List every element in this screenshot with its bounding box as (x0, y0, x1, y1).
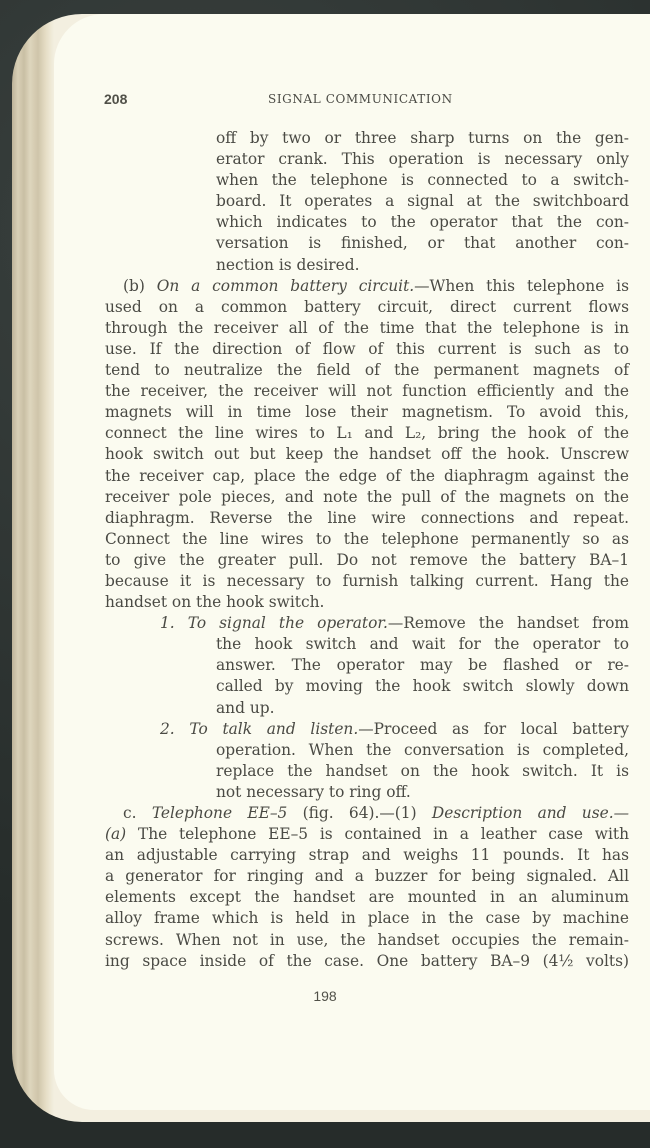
text-line: the receiver, the receiver will not func… (105, 381, 629, 402)
text-line: used on a common battery circuit, direct… (105, 297, 629, 318)
text-line: replace the handset on the hook switch. … (105, 761, 629, 782)
text-line: magnets will in time lose their magnetis… (105, 402, 629, 423)
paragraph-b-heading-line: (b) On a common battery circuit.—When th… (105, 276, 629, 297)
text-line: ing space inside of the case. One batter… (105, 951, 629, 972)
item-heading: talk and listen. (222, 720, 358, 738)
item-heading: signal the operator. (219, 614, 388, 632)
text-line: diaphragm. Reverse the line wire connect… (105, 508, 629, 529)
para-label: (b) (123, 277, 145, 295)
text-line: the hook switch and wait for the operato… (105, 634, 629, 655)
text-line: elements except the handset are mounted … (105, 887, 629, 908)
running-title: SIGNAL COMMUNICATION (268, 92, 453, 106)
text-line: an adjustable carrying strap and weighs … (105, 845, 629, 866)
text-line: when the telephone is connected to a swi… (105, 170, 629, 191)
text-line: Connect the line wires to the telephone … (105, 529, 629, 550)
text-line: use. If the direction of flow of this cu… (105, 339, 629, 360)
text-line: nection is desired. (105, 255, 629, 276)
text-line: tend to neutralize the field of the perm… (105, 360, 629, 381)
text-line: connect the line wires to L₁ and L₂, bri… (105, 423, 629, 444)
text-line: versation is finished, or that another c… (105, 233, 629, 254)
item-2-heading-line: 2. To talk and listen.—Proceed as for lo… (105, 719, 629, 740)
text-line: handset on the hook switch. (105, 592, 629, 613)
text-line: erator crank. This operation is necessar… (105, 149, 629, 170)
text-line: receiver pole pieces, and note the pull … (105, 487, 629, 508)
text-line: alloy frame which is held in place in th… (105, 908, 629, 929)
text-line: answer. The operator may be flashed or r… (105, 655, 629, 676)
text-line: which indicates to the operator that the… (105, 212, 629, 233)
text-line: through the receiver all of the time tha… (105, 318, 629, 339)
text-line: not necessary to ring off. (105, 782, 629, 803)
item-1-heading-line: 1. To signal the operator.—Remove the ha… (105, 613, 629, 634)
text-line: and up. (105, 698, 629, 719)
text-line: board. It operates a signal at the switc… (105, 191, 629, 212)
text-line: because it is necessary to furnish talki… (105, 571, 629, 592)
text-line: a generator for ringing and a buzzer for… (105, 866, 629, 887)
text-line: hook switch out but keep the handset off… (105, 444, 629, 465)
text-line: called by moving the hook switch slowly … (105, 676, 629, 697)
footer-folio: 198 (0, 988, 650, 1004)
text-line: operation. When the conversation is comp… (105, 740, 629, 761)
text-line: (a) The telephone EE–5 is contained in a… (105, 824, 629, 845)
page-number: 208 (104, 91, 127, 107)
running-head: 208 SIGNAL COMMUNICATION (0, 91, 650, 111)
text-line: the receiver cap, place the edge of the … (105, 466, 629, 487)
text-line: to give the greater pull. Do not remove … (105, 550, 629, 571)
paragraph-c-heading-line: c. Telephone EE–5 (fig. 64).—(1) Descrip… (105, 803, 629, 824)
text-line: screws. When not in use, the handset occ… (105, 930, 629, 951)
text-line: off by two or three sharp turns on the g… (105, 128, 629, 149)
para-heading: Telephone EE–5 (152, 804, 288, 822)
page-body: off by two or three sharp turns on the g… (105, 128, 629, 972)
para-heading: On a common battery circuit. (157, 277, 414, 295)
